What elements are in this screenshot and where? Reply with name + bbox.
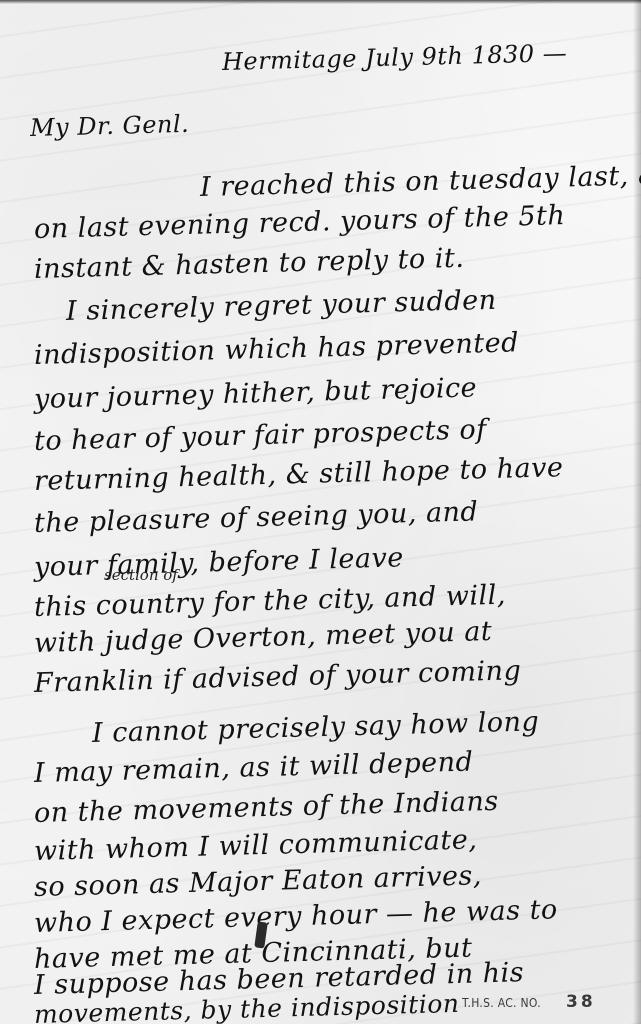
- archive-stamp-number: 38: [566, 992, 596, 1012]
- letter-line: your journey hither, but rejoice: [34, 372, 478, 415]
- interlinear-insert: section of: [104, 566, 178, 584]
- letter-line: returning health, & still hope to have: [34, 452, 564, 497]
- letter-line: instant & hasten to reply to it.: [34, 243, 465, 285]
- letter-line: I may remain, as it will depend: [34, 747, 474, 789]
- letter-line: so soon as Major Eaton arrives,: [34, 860, 483, 903]
- letter-line: with judge Overton, meet you at: [34, 616, 493, 659]
- letter-line: I cannot precisely say how long: [92, 706, 540, 749]
- letter-line: on the movements of the Indians: [34, 786, 499, 829]
- salutation: My Dr. Genl.: [30, 110, 190, 142]
- letter-line: I sincerely regret your sudden: [66, 285, 497, 327]
- letter-line: on last evening recd. yours of the 5th: [34, 200, 566, 245]
- page-right-edge: [633, 0, 641, 1024]
- letter-line: Franklin if advised of your coming: [34, 655, 522, 699]
- letter-line: to hear of your fair prospects of: [34, 414, 487, 457]
- archive-stamp-label: T.H.S. AC. NO.: [462, 996, 541, 1010]
- letter-line: the pleasure of seeing you, and: [34, 496, 479, 539]
- manuscript-page: Hermitage July 9th 1830 — My Dr. Genl. I…: [0, 0, 641, 1024]
- page-top-edge: [0, 0, 641, 4]
- letter-line: I reached this on tuesday last, &: [200, 160, 641, 203]
- letter-line: who I expect every hour — he was to: [34, 894, 559, 939]
- letter-line: indisposition which has prevented: [34, 327, 520, 371]
- letter-line: your family, before I leave: [34, 542, 405, 583]
- dateline: Hermitage July 9th 1830 —: [222, 39, 568, 76]
- letter-line: with whom I will communicate,: [34, 824, 478, 867]
